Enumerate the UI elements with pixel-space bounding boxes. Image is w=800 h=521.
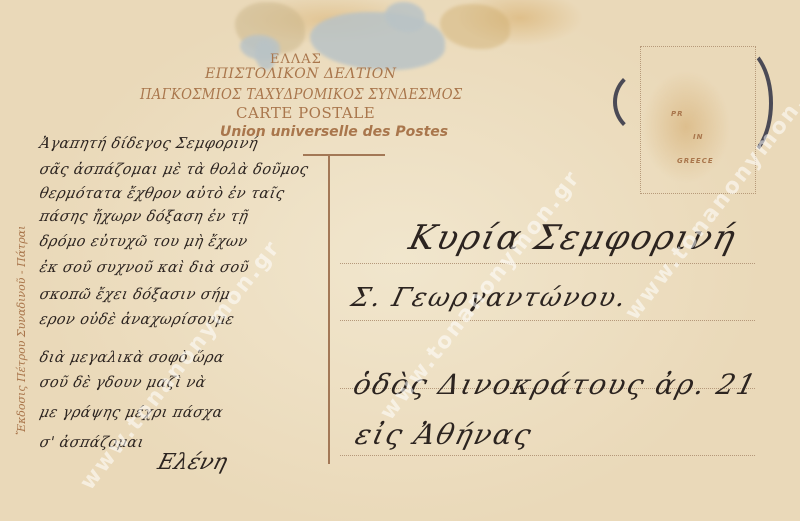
signature: Ελένη xyxy=(155,450,230,475)
message-line: ἐκ σοῦ συχνοῦ καὶ διὰ σοῦ xyxy=(38,258,251,276)
message-line: σκοπῶ ἔχει δόξασιν σήμ xyxy=(38,285,232,303)
message-line: πάσης ἤχωρν δόξαση ἐν τῇ xyxy=(38,207,250,225)
message-line: σᾶς ἀσπάζομαι μὲ τὰ θολὰ δοῦμος xyxy=(38,160,310,178)
address-line-rule xyxy=(340,455,755,456)
address-city: εἰς Ἀθήνας xyxy=(352,418,536,451)
header-universal-union-greek: ΠΑΓΚΟΣΜΙΟΣ ΤΑΧΥΔΡΟΜΙΚΟΣ ΣΥΝΔΕΣΜΟΣ xyxy=(140,85,462,103)
message-line: θερμότατα ἔχθρον αὐτὸ ἐν ταῖς xyxy=(38,184,287,202)
stamp-text: GREECE xyxy=(677,157,714,165)
postmark-arc-left xyxy=(613,68,681,136)
divider-vertical xyxy=(328,156,330,464)
postcard: ΕΛΛΑΣ ΕΠΙΣΤΟΛΙΚΟΝ ΔΕΛΤΙΟΝ ΠΑΓΚΟΣΜΙΟΣ ΤΑΧ… xyxy=(0,0,800,521)
header-carte-postale: CARTE POSTALE xyxy=(236,104,375,122)
stamp-text: IN xyxy=(693,133,703,141)
address-line-rule xyxy=(340,263,755,264)
divider-horizontal xyxy=(303,154,385,156)
message-line: Ἀγαπητή δίδεγος Σεμφορινή xyxy=(38,134,260,152)
address-line-rule xyxy=(340,320,755,321)
header-country: ΕΛΛΑΣ xyxy=(270,52,322,67)
header-epistoliko: ΕΠΙΣΤΟΛΙΚΟΝ ΔΕΛΤΙΟΝ xyxy=(205,66,397,82)
worn-area xyxy=(440,4,510,49)
publisher-imprint: Ἔκδοσις Πέτρου Συναδινοῦ - Πάτραι xyxy=(15,226,28,435)
message-line: δρόμο εὐτυχῶ του μὴ ἔχων xyxy=(38,232,250,250)
